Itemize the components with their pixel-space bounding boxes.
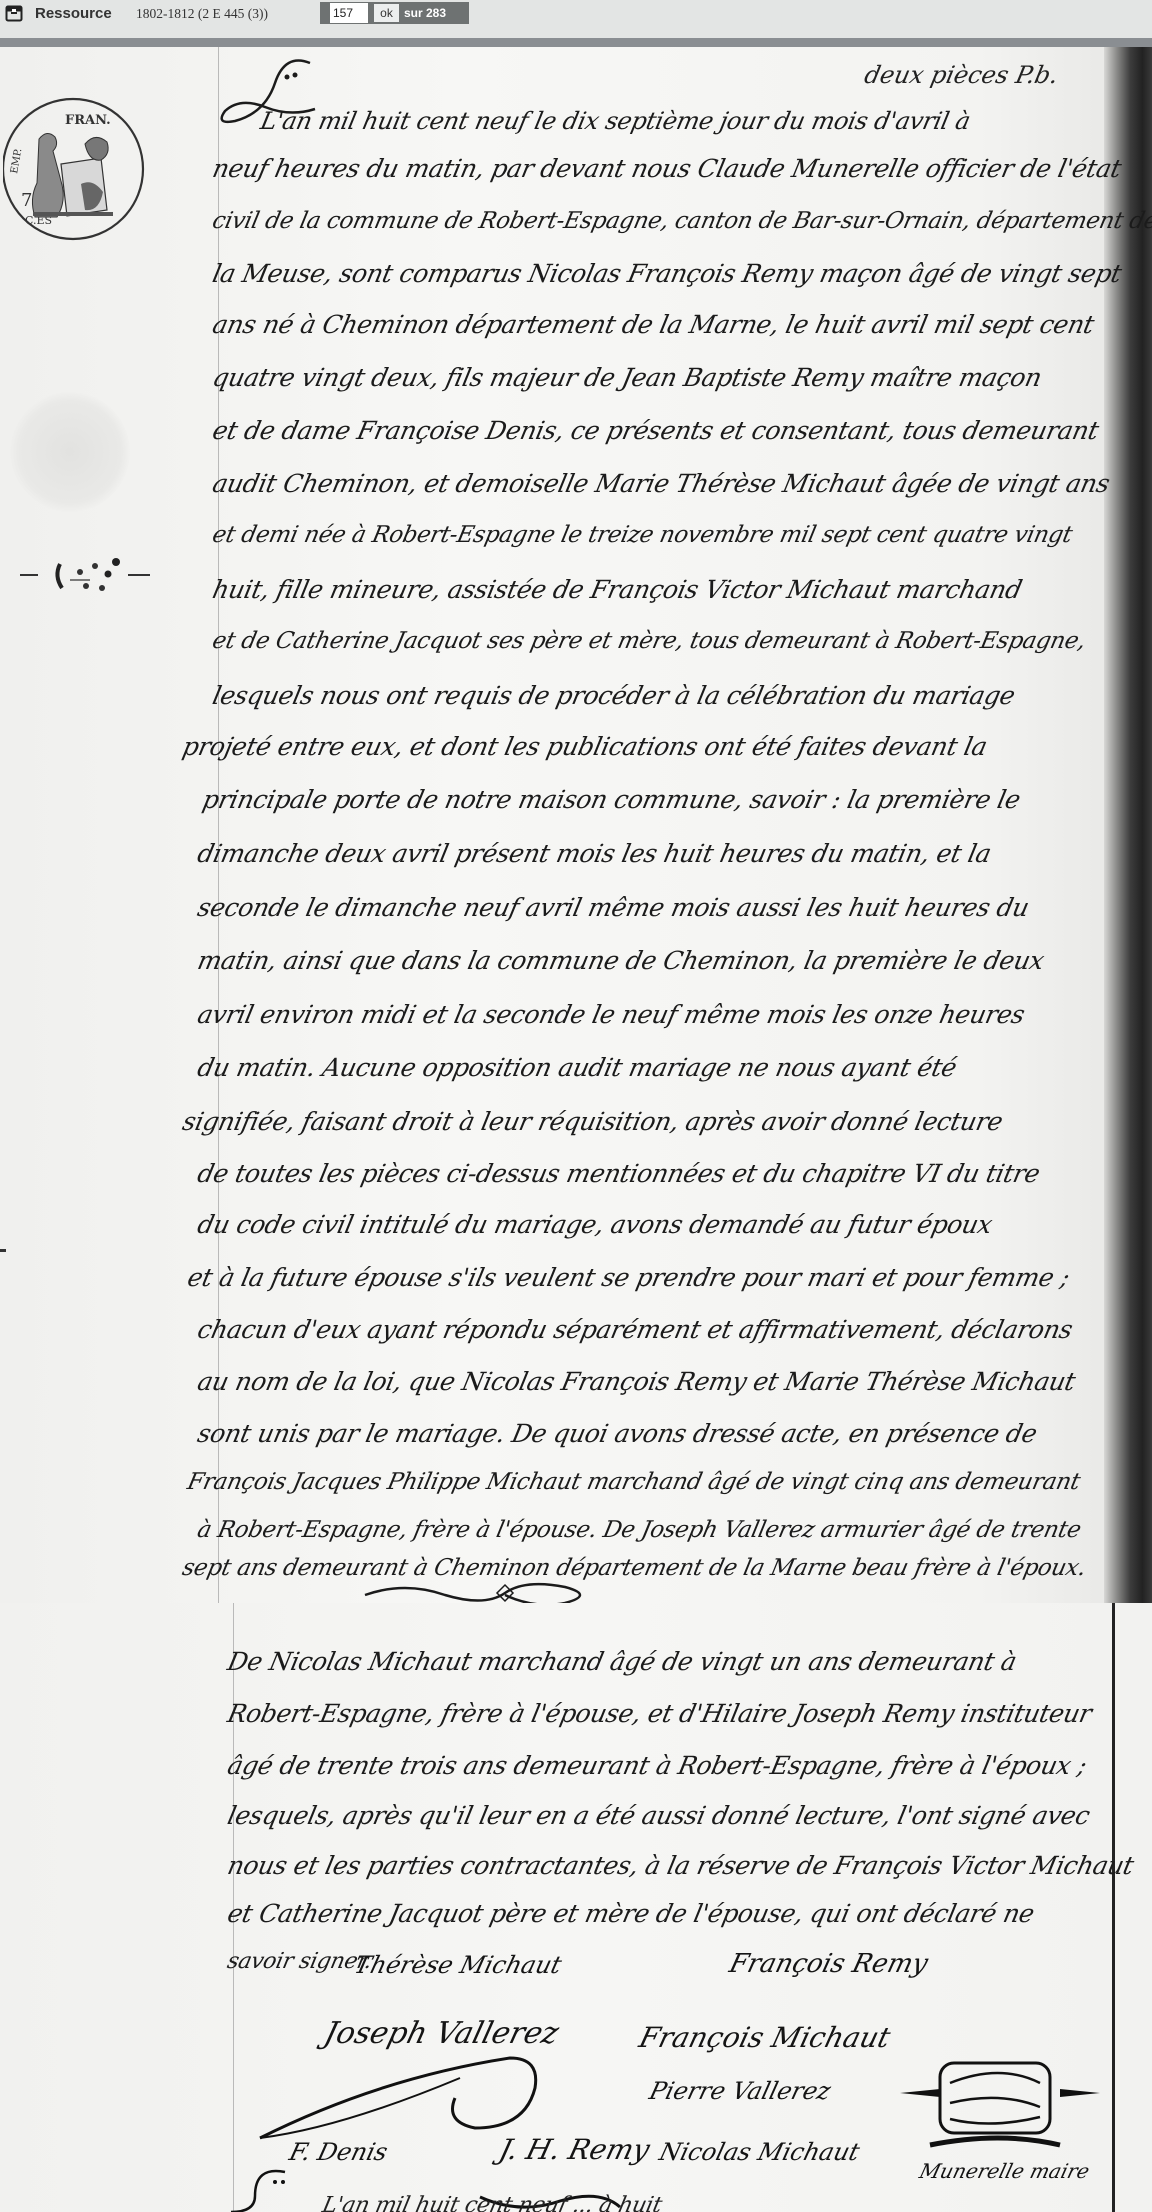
handwritten-line: du matin. Aucune opposition audit mariag… xyxy=(195,1053,959,1082)
signature: François Michaut xyxy=(636,2021,894,2054)
handwritten-line: L'an mil huit cent neuf le dix septième … xyxy=(258,107,973,135)
tax-stamp-icon: FRAN. EMP. 75. C.ES xyxy=(3,94,143,244)
toolbar-divider xyxy=(0,38,1152,47)
signature: Thérèse Michaut xyxy=(352,1951,565,1979)
faded-seal-icon xyxy=(10,392,130,512)
handwritten-line-partial: L'an mil huit cent neuf ... à huit xyxy=(320,2193,664,2212)
handwritten-line: Robert-Espagne, frère à l'épouse, et d'H… xyxy=(225,1699,1094,1728)
go-to-page-button[interactable]: ok xyxy=(374,4,399,22)
page-number-input[interactable] xyxy=(330,3,368,23)
viewer-toolbar: Ressource 1802-1812 (2 E 445 (3)) ok sur… xyxy=(0,0,1152,38)
handwritten-line: seconde le dimanche neuf avril même mois… xyxy=(195,893,1032,922)
handwritten-line: à Robert-Espagne, frère à l'épouse. De J… xyxy=(195,1517,1083,1543)
handwritten-line: ans né à Cheminon département de la Marn… xyxy=(210,310,1097,339)
mayor-seal-icon xyxy=(900,2053,1100,2163)
signature: François Remy xyxy=(726,1949,931,1979)
handwritten-line: et à la future épouse s'ils veulent se p… xyxy=(185,1263,1072,1292)
signature: Pierre Vallerez xyxy=(647,2077,834,2105)
handwritten-line: signifiée, faisant droit à leur réquisit… xyxy=(180,1107,1005,1136)
document-viewer[interactable]: FRAN. EMP. 75. C.ES xyxy=(0,47,1152,2212)
handwritten-line: neuf heures du matin, par devant nous Cl… xyxy=(210,154,1124,183)
scan-page-fragment-2: De Nicolas Michaut marchand âgé de vingt… xyxy=(0,1603,1152,2212)
signature-flourish-icon xyxy=(255,2043,575,2183)
handwritten-line: sont unis par le mariage. De quoi avons … xyxy=(195,1419,1040,1448)
scan-page-fragment-1: FRAN. EMP. 75. C.ES xyxy=(0,47,1152,1603)
handwritten-line: matin, ainsi que dans la commune de Chem… xyxy=(195,946,1047,975)
signature: Nicolas Michaut xyxy=(657,2138,863,2166)
page-navigator: ok sur 283 xyxy=(320,2,469,24)
svg-text:EMP.: EMP. xyxy=(9,148,24,175)
handwritten-line: chacun d'eux ayant répondu séparément et… xyxy=(195,1315,1075,1344)
page-border-rule xyxy=(1112,1603,1115,2212)
handwritten-line: audit Cheminon, et demoiselle Marie Thér… xyxy=(210,469,1112,498)
handwritten-line: avril environ midi et la seconde le neuf… xyxy=(195,1000,1027,1029)
handwritten-line: la Meuse, sont comparus Nicolas François… xyxy=(210,259,1124,288)
end-flourish-icon xyxy=(355,1577,635,1603)
handwritten-line: dimanche deux avril présent mois les hui… xyxy=(195,839,994,868)
handwritten-line: et Catherine Jacquot père et mère de l'é… xyxy=(225,1899,1037,1928)
handwritten-line: quatre vingt deux, fils majeur de Jean B… xyxy=(210,363,1044,392)
handwritten-line: De Nicolas Michaut marchand âgé de vingt… xyxy=(225,1647,1019,1676)
handwritten-line: nous et les parties contractantes, à la … xyxy=(225,1851,1136,1880)
handwritten-line: au nom de la loi, que Nicolas François R… xyxy=(195,1367,1078,1396)
handwritten-line: et de dame Françoise Denis, ce présents … xyxy=(210,416,1101,445)
archive-box-icon xyxy=(5,4,23,22)
handwritten-line: âgé de trente trois ans demeurant à Robe… xyxy=(225,1751,1089,1780)
resource-subtitle: 1802-1812 (2 E 445 (3)) xyxy=(136,6,268,22)
handwritten-line: projeté entre eux, et dont les publicati… xyxy=(180,732,990,761)
handwritten-line: savoir signer. xyxy=(225,1949,374,1974)
initial-flourish-icon xyxy=(225,2168,315,2212)
handwritten-line: huit, fille mineure, assistée de Françoi… xyxy=(210,575,1024,604)
edge-mark xyxy=(0,1249,6,1252)
page-total-label: sur 283 xyxy=(404,6,446,20)
handwritten-line: lesquels nous ont requis de procéder à l… xyxy=(210,681,1018,710)
margin-annotation: deux pièces P.b. xyxy=(862,61,1061,89)
handwritten-line: civil de la commune de Robert-Espagne, c… xyxy=(210,208,1152,234)
handwritten-line: lesquels, après qu'il leur en a été auss… xyxy=(225,1801,1092,1830)
handwritten-line: et de Catherine Jacquot ses père et mère… xyxy=(210,628,1088,654)
handwritten-line: François Jacques Philippe Michaut marcha… xyxy=(185,1469,1082,1495)
resource-title: Ressource xyxy=(35,5,112,22)
handwritten-line: principale porte de notre maison commune… xyxy=(200,785,1023,814)
handwritten-line: du code civil intitulé du mariage, avons… xyxy=(195,1210,995,1239)
ink-seal-mark-icon xyxy=(20,542,150,612)
handwritten-line: de toutes les pièces ci-dessus mentionné… xyxy=(195,1159,1042,1188)
handwritten-line: et demi née à Robert-Espagne le treize n… xyxy=(210,522,1074,548)
stamp-top-text: FRAN. xyxy=(65,113,111,128)
